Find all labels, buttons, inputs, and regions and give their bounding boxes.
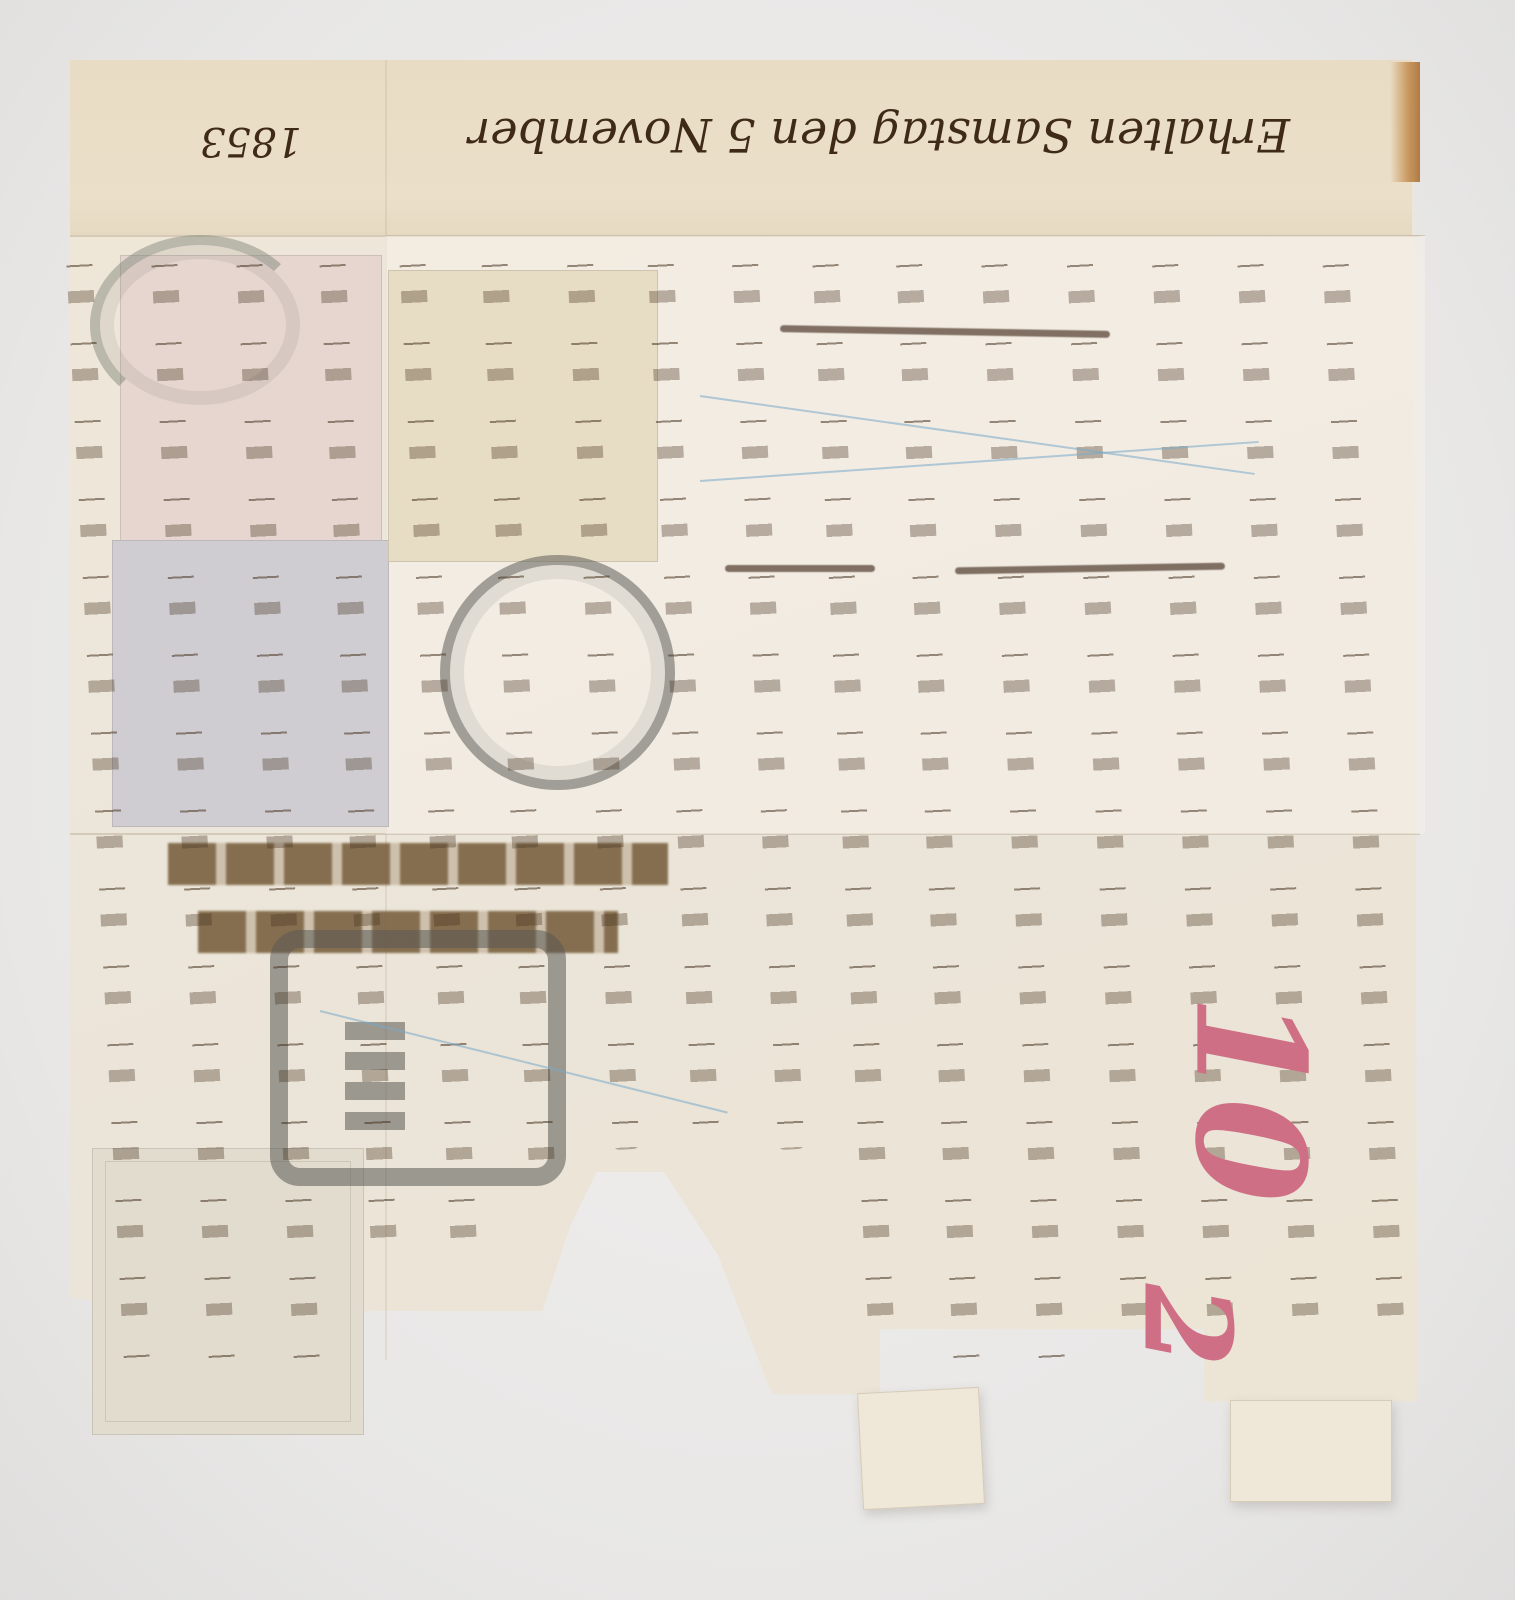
paper-tab: [1230, 1400, 1392, 1502]
stained-corner: [1390, 62, 1420, 182]
received-year: 1853: [200, 118, 302, 164]
red-crayon-rate: 10: [1161, 994, 1337, 1203]
paper-tab: [857, 1387, 985, 1510]
received-note-text: Erhalten Samstag den 5 November: [468, 108, 1290, 162]
round-postmark-partial: [90, 235, 310, 415]
ink-strike: [725, 565, 875, 572]
received-note: Erhalten Samstag den 5 November: [210, 108, 1290, 162]
city-postmark-line-1: [168, 843, 668, 885]
round-postmark: [440, 555, 675, 790]
red-crayon-mark: 2: [1116, 1284, 1257, 1368]
